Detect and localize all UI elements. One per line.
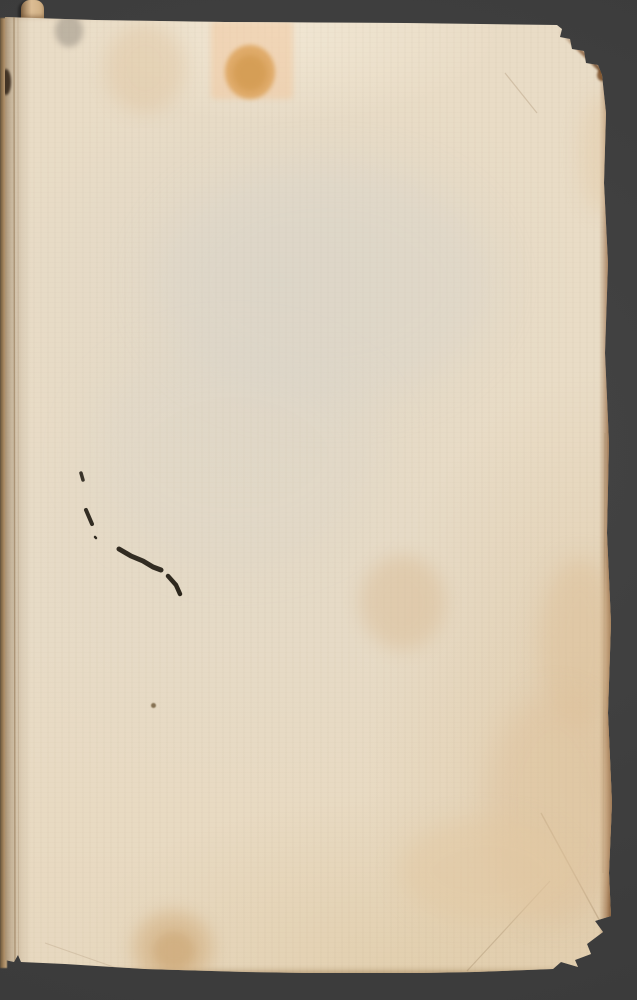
gutter-shadow (5, 13, 31, 973)
bottom-stain (133, 911, 213, 986)
bottom-right-crease-1 (541, 813, 602, 925)
page-sheet (5, 13, 613, 973)
ink-mark (86, 510, 92, 524)
ink-mark (95, 537, 96, 538)
stamp-stain-round (225, 45, 275, 99)
grey-smudge (55, 15, 83, 47)
stamp-stain-core (233, 55, 267, 91)
cool-mottle-upper (155, 163, 495, 403)
cool-mottle-mid (85, 343, 385, 563)
binding-headband-tab (21, 0, 44, 20)
bottom-right-crease-2 (467, 881, 550, 971)
ink-mark (81, 473, 83, 480)
stamp-bleedthrough-rect (211, 21, 293, 99)
bottom-left-crease (45, 943, 125, 971)
scan-background (0, 0, 637, 1000)
top-left-blob (105, 23, 185, 113)
speck-dot (151, 703, 156, 708)
corner-crease-top-right (505, 73, 537, 113)
torn-corner-burn (558, 29, 604, 74)
bottom-stain-core (153, 931, 195, 971)
ink-mark (119, 549, 161, 570)
mid-right-stain (360, 555, 445, 650)
ink-mark (168, 576, 180, 594)
browned-fore-edge (599, 65, 613, 973)
bottom-right-corner-stain (400, 818, 575, 923)
ink-marks-layer (5, 13, 613, 973)
